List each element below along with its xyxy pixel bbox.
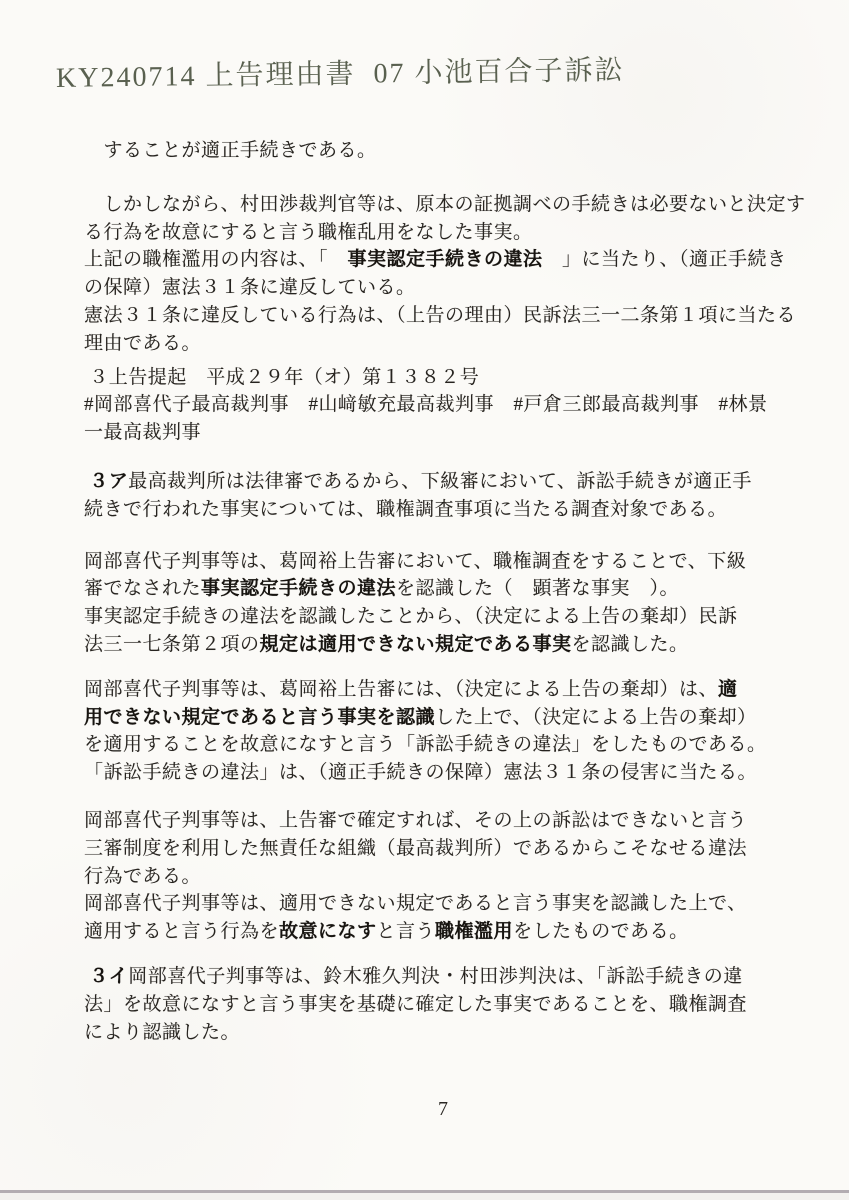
emphasized-text: 事実認定手続きの違法 (201, 578, 396, 599)
text-line: 上記の職権濫用の内容は、「 事実認定手続きの違法 」に当たり、（適正手続き (84, 246, 796, 274)
text-line: しかしながら、村田渉裁判官等は、原本の証拠調べの手続きは必要ないと決定す (84, 191, 796, 219)
body-text-segment: 岡部喜代子判事等は、葛岡裕上告審において、職権調査をすることで、下級 (84, 551, 746, 572)
paragraph: 岡部喜代子判事等は、上告審で確定すれば、その上の訴訟はできないと言う三審制度を利… (84, 807, 796, 946)
body-text-segment: により認識した。 (84, 1022, 240, 1043)
text-line: 岡部喜代子判事等は、上告審で確定すれば、その上の訴訟はできないと言う (84, 807, 796, 835)
emphasized-text: 故意になす (279, 921, 377, 942)
document-body: することが適正手続きである。 しかしながら、村田渉裁判官等は、原本の証拠調べの手… (84, 137, 796, 1046)
text-line: 続きで行われた事実については、職権調査事項に当たる調査対象である。 (84, 496, 796, 524)
text-line: 憲法３１条に違反している行為は、（上告の理由）民訴法三一二条第１項に当たる (84, 302, 796, 330)
text-line: 審でなされた事実認定手続きの違法を認識した（ 顕著な事実 ）。 (84, 575, 796, 603)
body-text-segment: #岡部喜代子最高裁判事 #山﨑敏充最高裁判事 #戸倉三郎最高裁判事 #林景 (84, 394, 768, 415)
body-text-segment: の保障）憲法３１条に違反している。 (84, 277, 416, 298)
text-line: 法」を故意になすと言う事実を基礎に確定した事実であることを、職権調査 (84, 991, 796, 1019)
handwritten-note: KY240714 上告理由書 07 小池百合子訴訟 (56, 48, 625, 96)
body-text-segment: 事実認定手続きの違法を認識したことから、（決定による上告の棄却）民訴 (84, 606, 738, 627)
paragraph: 岡部喜代子判事等は、葛岡裕上告審には、（決定による上告の棄却）は、適用できない規… (84, 676, 796, 787)
text-line: 法三一七条第２項の規定は適用できない規定である事実を認識した。 (84, 631, 796, 659)
text-line: を適用することを故意になすと言う「訴訟手続きの違法」をしたものである。 (84, 731, 796, 759)
scanned-document-page: KY240714 上告理由書 07 小池百合子訴訟 することが適正手続きである。… (0, 0, 849, 1200)
body-text-segment: 続きで行われた事実については、職権調査事項に当たる調査対象である。 (84, 499, 727, 520)
paragraph: しかしながら、村田渉裁判官等は、原本の証拠調べの手続きは必要ないと決定する行為を… (84, 191, 796, 358)
text-line: 「訴訟手続きの違法」は、（適正手続きの保障）憲法３１条の侵害に当たる。 (84, 759, 796, 787)
emphasized-text: 適 (718, 679, 738, 700)
body-text-segment: 法三一七条第２項の (84, 634, 260, 655)
paragraph: ３ア最高裁判所は法律審であるから、下級審において、訴訟手続きが適正手続きで行われ… (84, 468, 796, 524)
paragraph: することが適正手続きである。 (84, 137, 796, 165)
body-text-segment: ３上告提起 平成２９年（オ）第１３８２号 (84, 367, 479, 388)
body-text-segment: 審でなされた (84, 578, 201, 599)
body-text-segment: することが適正手続きである。 (84, 140, 377, 161)
body-text-segment: 上記の職権濫用の内容は、「 (84, 249, 348, 270)
text-line: 用できない規定であると言う事実を認識した上で、（決定による上告の棄却） (84, 704, 796, 732)
body-text-segment: した上で、（決定による上告の棄却） (435, 707, 757, 728)
body-text-segment: を認識した。 (572, 634, 689, 655)
text-line: #岡部喜代子最高裁判事 #山﨑敏充最高裁判事 #戸倉三郎最高裁判事 #林景 (84, 391, 796, 419)
body-text-segment: 適用すると言う行為を (84, 921, 279, 942)
emphasized-text: ３イ (89, 966, 128, 987)
body-text-segment: を適用することを故意になすと言う「訴訟手続きの違法」をしたものである。 (84, 734, 767, 755)
text-line: 行為である。 (84, 863, 796, 891)
text-line: 適用すると言う行為を故意になすと言う職権濫用をしたものである。 (84, 918, 796, 946)
text-line: ３上告提起 平成２９年（オ）第１３８２号 (84, 364, 796, 392)
text-line: 事実認定手続きの違法を認識したことから、（決定による上告の棄却）民訴 (84, 603, 796, 631)
text-line: 三審制度を利用した無責任な組織（最高裁判所）であるからこそなせる違法 (84, 835, 796, 863)
text-line: ３イ岡部喜代子判事等は、鈴木雅久判決・村田渉判決は、「訴訟手続きの違 (84, 963, 796, 991)
text-line: することが適正手続きである。 (84, 137, 796, 165)
paragraph: ３上告提起 平成２９年（オ）第１３８２号#岡部喜代子最高裁判事 #山﨑敏充最高裁… (84, 364, 796, 447)
body-text-segment: 最高裁判所は法律審であるから、下級審において、訴訟手続きが適正手 (128, 471, 752, 492)
emphasized-text: 職権濫用 (435, 921, 513, 942)
body-text-segment: をしたものである。 (513, 921, 689, 942)
paragraph: ３イ岡部喜代子判事等は、鈴木雅久判決・村田渉判決は、「訴訟手続きの違法」を故意に… (84, 963, 796, 1046)
body-text-segment: 」に当たり、（適正手続き (543, 249, 787, 270)
body-text-segment: 憲法３１条に違反している行為は、（上告の理由）民訴法三一二条第１項に当たる (84, 305, 796, 326)
body-text-segment: 岡部喜代子判事等は、適用できない規定であると言う事実を認識した上で、 (84, 893, 747, 914)
body-text-segment: 一最高裁判事 (84, 422, 201, 443)
text-line: 岡部喜代子判事等は、葛岡裕上告審には、（決定による上告の棄却）は、適 (84, 676, 796, 704)
emphasized-text: ３ア (89, 471, 128, 492)
body-text-segment: 岡部喜代子判事等は、上告審で確定すれば、その上の訴訟はできないと言う (84, 810, 747, 831)
emphasized-text: 事実認定手続きの違法 (348, 249, 543, 270)
body-text-segment: 法」を故意になすと言う事実を基礎に確定した事実であることを、職権調査 (84, 994, 747, 1015)
text-line: 岡部喜代子判事等は、適用できない規定であると言う事実を認識した上で、 (84, 890, 796, 918)
emphasized-text: 規定は適用できない規定である事実 (260, 634, 572, 655)
body-text-segment: しかしながら、村田渉裁判官等は、原本の証拠調べの手続きは必要ないと決定す (84, 194, 806, 215)
body-text-segment: 「訴訟手続きの違法」は、（適正手続きの保障）憲法３１条の侵害に当たる。 (84, 762, 757, 783)
text-line: の保障）憲法３１条に違反している。 (84, 274, 796, 302)
body-text-segment: 岡部喜代子判事等は、鈴木雅久判決・村田渉判決は、「訴訟手続きの違 (128, 966, 743, 987)
text-line: ３ア最高裁判所は法律審であるから、下級審において、訴訟手続きが適正手 (84, 468, 796, 496)
text-line: 岡部喜代子判事等は、葛岡裕上告審において、職権調査をすることで、下級 (84, 548, 796, 576)
body-text-segment: 岡部喜代子判事等は、葛岡裕上告審には、（決定による上告の棄却）は、 (84, 679, 718, 700)
body-text-segment: と言う (377, 921, 436, 942)
body-text-segment: る行為を故意にすると言う職権乱用をなした事実。 (84, 222, 533, 243)
scan-edge-below (0, 1193, 849, 1200)
text-line: により認識した。 (84, 1019, 796, 1047)
paragraph: 岡部喜代子判事等は、葛岡裕上告審において、職権調査をすることで、下級審でなされた… (84, 548, 796, 659)
body-text-segment: 理由である。 (84, 333, 201, 354)
text-line: る行為を故意にすると言う職権乱用をなした事実。 (84, 219, 796, 247)
body-text-segment: 三審制度を利用した無責任な組織（最高裁判所）であるからこそなせる違法 (84, 838, 747, 859)
emphasized-text: 用できない規定であると言う事実を認識 (84, 707, 435, 728)
page-number: 7 (438, 1098, 448, 1121)
text-line: 一最高裁判事 (84, 419, 796, 447)
text-line: 理由である。 (84, 330, 796, 358)
body-text-segment: を認識した（ 顕著な事実 ）。 (396, 578, 679, 599)
body-text-segment: 行為である。 (84, 866, 201, 887)
